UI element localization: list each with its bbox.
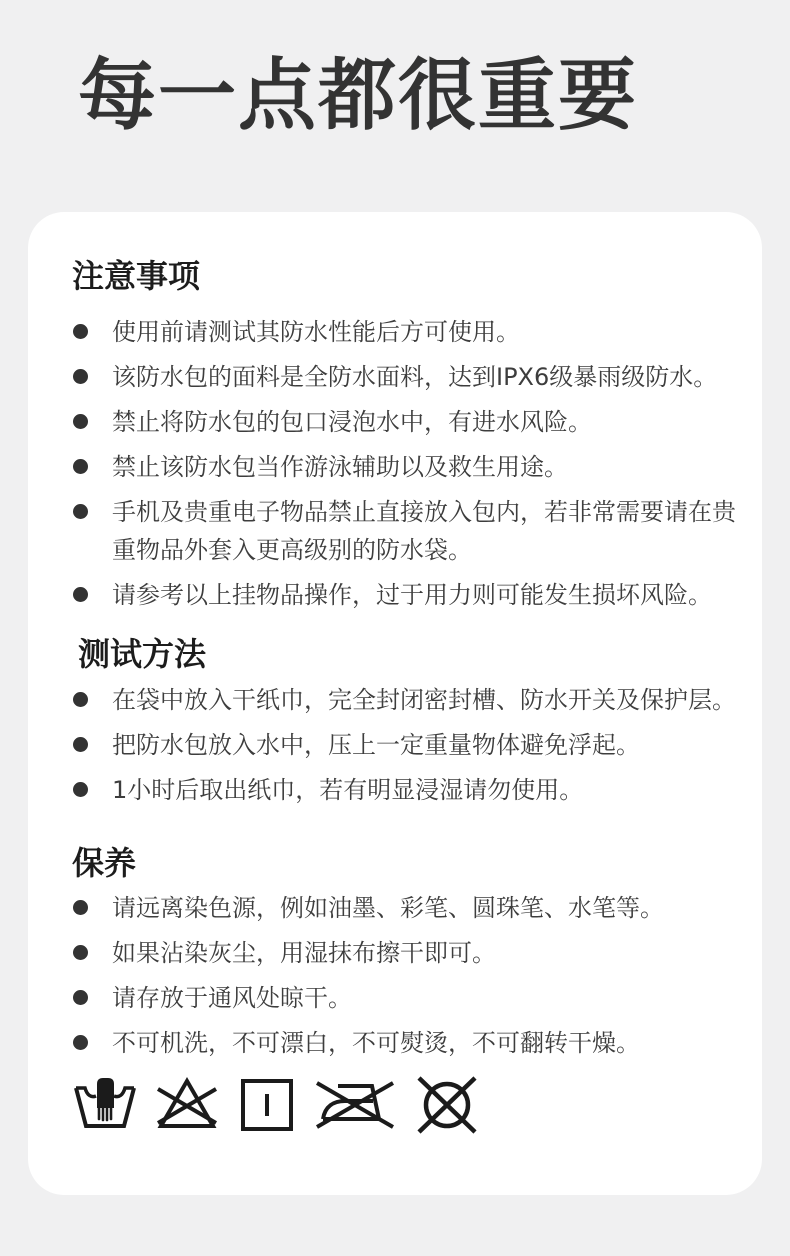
list-item: 1小时后取出纸巾，若有明显浸湿请勿使用。 xyxy=(72,771,742,809)
list-item-text: 该防水包的面料是全防水面料，达到IPX6级暴雨级防水。 xyxy=(112,363,717,391)
bullet-dot-icon xyxy=(73,990,88,1005)
list-item-text: 不可机洗，不可漂白，不可熨烫，不可翻转干燥。 xyxy=(112,1029,640,1057)
list-item: 把防水包放入水中，压上一定重量物体避免浮起。 xyxy=(72,726,742,764)
list-item-text: 1小时后取出纸巾，若有明显浸湿请勿使用。 xyxy=(112,776,583,804)
bullet-dot-icon xyxy=(73,369,88,384)
list-item: 如果沾染灰尘，用湿抹布擦干即可。 xyxy=(72,934,742,972)
section-precautions: 注意事项 使用前请测试其防水性能后方可使用。 该防水包的面料是全防水面料，达到I… xyxy=(72,258,742,614)
list-item: 禁止将防水包的包口浸泡水中，有进水风险。 xyxy=(72,403,742,441)
list-item-text: 请参考以上挂物品操作，过于用力则可能发生损坏风险。 xyxy=(112,581,712,609)
bullet-dot-icon xyxy=(73,900,88,915)
list-item-text: 在袋中放入干纸巾，完全封闭密封槽、防水开关及保护层。 xyxy=(112,686,736,714)
hand-wash-icon xyxy=(72,1074,138,1136)
list-item: 手机及贵重电子物品禁止直接放入包内，若非常需要请在贵重物品外套入更高级别的防水袋… xyxy=(72,493,742,569)
section-heading: 测试方法 xyxy=(78,636,742,673)
bullet-dot-icon xyxy=(73,324,88,339)
list-item: 禁止该防水包当作游泳辅助以及救生用途。 xyxy=(72,448,742,486)
list-item-text: 如果沾染灰尘，用湿抹布擦干即可。 xyxy=(112,939,496,967)
list-item-text: 请远离染色源，例如油墨、彩笔、圆珠笔、水笔等。 xyxy=(112,894,664,922)
bullet-dot-icon xyxy=(73,782,88,797)
list-item-text: 禁止将防水包的包口浸泡水中，有进水风险。 xyxy=(112,408,592,436)
page-title: 每一点都很重要 xyxy=(78,54,638,140)
list-item: 请远离染色源，例如油墨、彩笔、圆珠笔、水笔等。 xyxy=(72,889,742,927)
bullet-dot-icon xyxy=(73,737,88,752)
list-item: 在袋中放入干纸巾，完全封闭密封槽、防水开关及保护层。 xyxy=(72,681,742,719)
bullet-dot-icon xyxy=(73,1035,88,1050)
care-icons-row xyxy=(72,1074,742,1136)
list-item: 使用前请测试其防水性能后方可使用。 xyxy=(72,313,742,351)
do-not-iron-icon xyxy=(314,1074,396,1136)
section-heading: 注意事项 xyxy=(72,258,742,295)
list-item: 请存放于通风处晾干。 xyxy=(72,979,742,1017)
bullet-dot-icon xyxy=(73,692,88,707)
bullet-dot-icon xyxy=(73,587,88,602)
bullet-list: 在袋中放入干纸巾，完全封闭密封槽、防水开关及保护层。 把防水包放入水中，压上一定… xyxy=(72,681,742,809)
list-item-text: 使用前请测试其防水性能后方可使用。 xyxy=(112,318,520,346)
bullet-dot-icon xyxy=(73,504,88,519)
bullet-list: 请远离染色源，例如油墨、彩笔、圆珠笔、水笔等。 如果沾染灰尘，用湿抹布擦干即可。… xyxy=(72,889,742,1062)
bullet-list: 使用前请测试其防水性能后方可使用。 该防水包的面料是全防水面料，达到IPX6级暴… xyxy=(72,313,742,614)
list-item: 请参考以上挂物品操作，过于用力则可能发生损坏风险。 xyxy=(72,576,742,614)
drip-dry-icon xyxy=(236,1076,298,1134)
list-item-text: 手机及贵重电子物品禁止直接放入包内，若非常需要请在贵重物品外套入更高级别的防水袋… xyxy=(112,498,736,564)
list-item-text: 禁止该防水包当作游泳辅助以及救生用途。 xyxy=(112,453,568,481)
section-heading: 保养 xyxy=(72,845,742,882)
bullet-dot-icon xyxy=(73,414,88,429)
bullet-dot-icon xyxy=(73,459,88,474)
bullet-dot-icon xyxy=(73,945,88,960)
section-test-method: 测试方法 在袋中放入干纸巾，完全封闭密封槽、防水开关及保护层。 把防水包放入水中… xyxy=(72,636,742,809)
do-not-tumble-dry-icon xyxy=(412,1074,482,1136)
list-item: 该防水包的面料是全防水面料，达到IPX6级暴雨级防水。 xyxy=(72,358,742,396)
info-card: 注意事项 使用前请测试其防水性能后方可使用。 该防水包的面料是全防水面料，达到I… xyxy=(28,212,762,1195)
list-item-text: 把防水包放入水中，压上一定重量物体避免浮起。 xyxy=(112,731,640,759)
do-not-bleach-icon xyxy=(154,1074,220,1136)
list-item-text: 请存放于通风处晾干。 xyxy=(112,984,352,1012)
list-item: 不可机洗，不可漂白，不可熨烫，不可翻转干燥。 xyxy=(72,1024,742,1062)
section-care: 保养 请远离染色源，例如油墨、彩笔、圆珠笔、水笔等。 如果沾染灰尘，用湿抹布擦干… xyxy=(72,845,742,1063)
